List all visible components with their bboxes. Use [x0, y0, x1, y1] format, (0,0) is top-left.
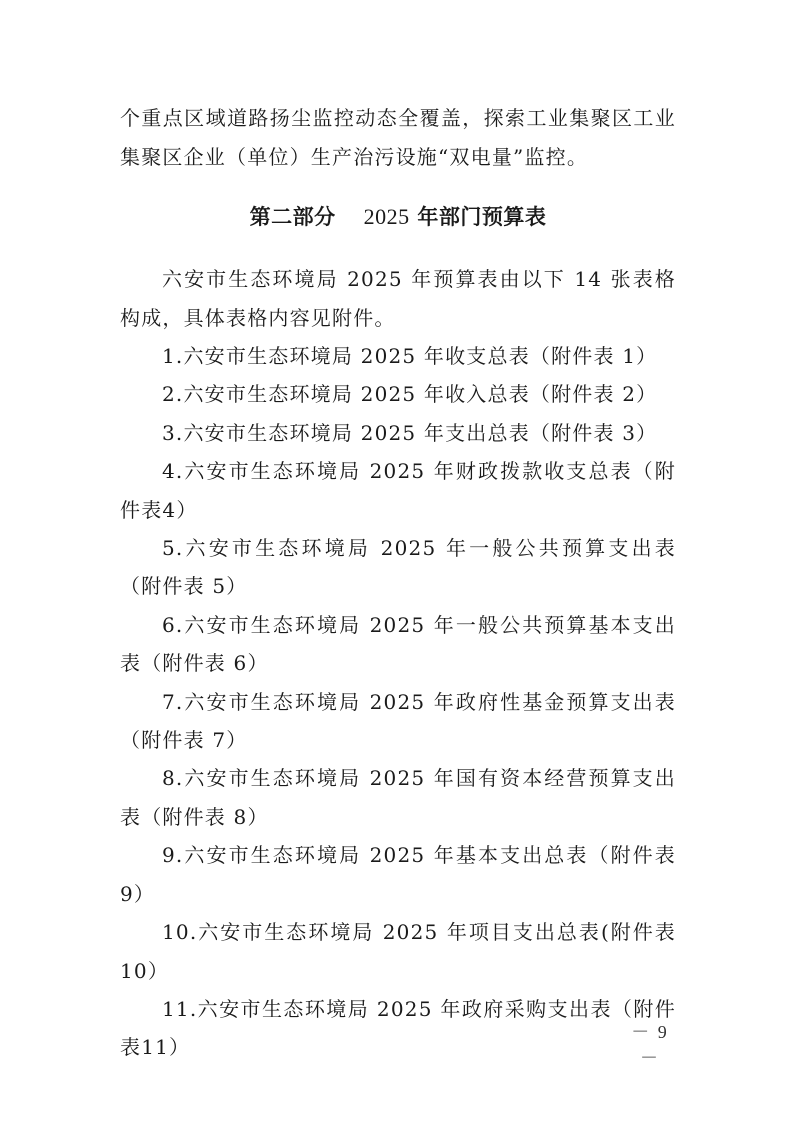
list-item-table-5: 5.六安市生态环境局 2025 年一般公共预算支出表（附件表 5）: [120, 529, 676, 606]
list-item-table-3: 3.六安市生态环境局 2025 年支出总表（附件表 3）: [120, 414, 676, 452]
list-item-table-6: 6.六安市生态环境局 2025 年一般公共预算基本支出表（附件表 6）: [120, 606, 676, 683]
list-item-table-7: 7.六安市生态环境局 2025 年政府性基金预算支出表（附件表 7）: [120, 683, 676, 760]
document-page: 个重点区域道路扬尘监控动态全覆盖，探索工业集聚区工业集聚区企业（单位）生产治污设…: [120, 99, 676, 1067]
page-number: － 9 －: [620, 1018, 680, 1070]
continuation-paragraph: 个重点区域道路扬尘监控动态全覆盖，探索工业集聚区工业集聚区企业（单位）生产治污设…: [120, 99, 676, 176]
list-item-table-11: 11.六安市生态环境局 2025 年政府采购支出表（附件表11）: [120, 990, 676, 1067]
budget-table-list: 1.六安市生态环境局 2025 年收支总表（附件表 1） 2.六安市生态环境局 …: [120, 337, 676, 1067]
list-item-table-8: 8.六安市生态环境局 2025 年国有资本经营预算支出表（附件表 8）: [120, 759, 676, 836]
section-part-label: 第二部分: [250, 205, 336, 229]
list-item-table-4: 4.六安市生态环境局 2025 年财政拨款收支总表（附件表4）: [120, 452, 676, 529]
section-heading: 第二部分2025 年部门预算表: [120, 198, 676, 236]
list-item-table-9: 9.六安市生态环境局 2025 年基本支出总表（附件表 9）: [120, 836, 676, 913]
list-item-table-2: 2.六安市生态环境局 2025 年收入总表（附件表 2）: [120, 375, 676, 413]
intro-paragraph: 六安市生态环境局 2025 年预算表由以下 14 张表格构成，具体表格内容见附件…: [120, 260, 676, 337]
section-year: 2025: [364, 204, 410, 229]
section-title: 年部门预算表: [417, 205, 546, 229]
list-item-table-1: 1.六安市生态环境局 2025 年收支总表（附件表 1）: [120, 337, 676, 375]
list-item-table-10: 10.六安市生态环境局 2025 年项目支出总表(附件表 10）: [120, 913, 676, 990]
